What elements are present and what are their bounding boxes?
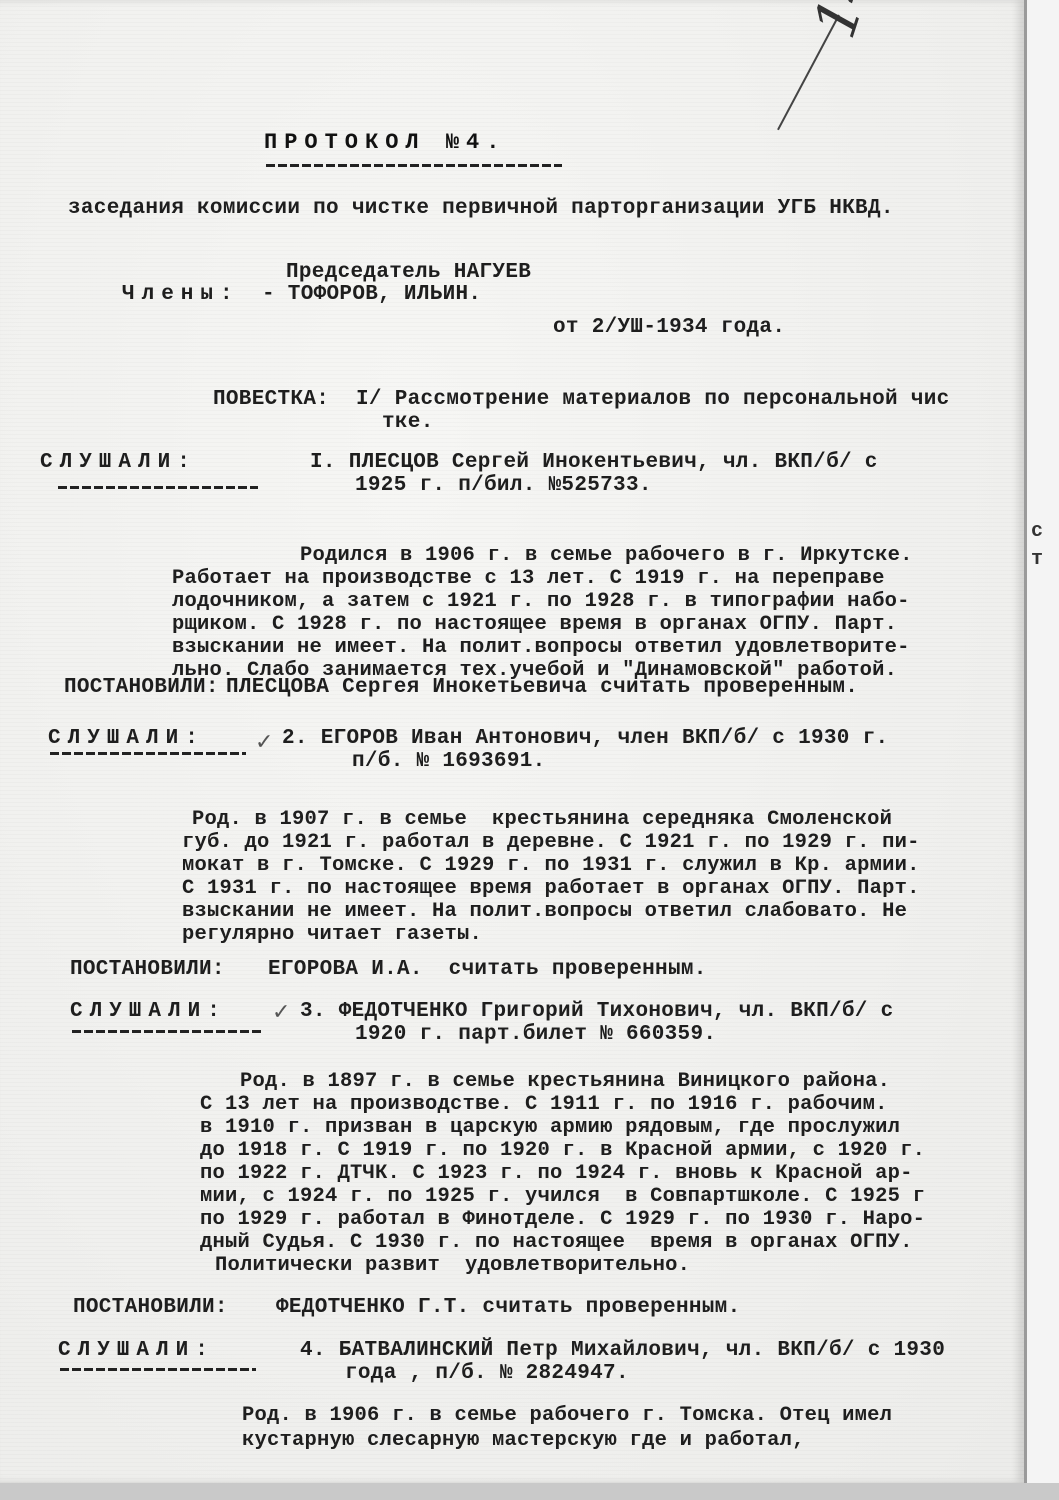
decided-label: ПОСТАНОВИЛИ:	[73, 1296, 228, 1320]
decision-text: ПЛЕСЦОВА Сергея Инокетьевича считать про…	[226, 676, 858, 700]
scan-bottom-edge	[0, 1483, 1059, 1500]
case-bio-line: лодочником, а затем с 1921 г. по 1928 г.…	[172, 590, 910, 614]
heard-label: СЛУШАЛИ:	[48, 727, 205, 751]
case-header-line2: 1925 г. п/бил. №525733.	[355, 474, 652, 498]
heard-underline	[72, 1030, 264, 1033]
case-bio-line: по 1922 г. ДТЧК. С 1923 г. по 1924 г. вн…	[200, 1162, 913, 1186]
heard-label: СЛУШАЛИ:	[58, 1339, 215, 1363]
heard-underline	[58, 486, 258, 489]
case-header-line1: I. ПЛЕСЦОВ Сергей Инокентьевич, чл. ВКП/…	[310, 451, 878, 475]
decided-label: ПОСТАНОВИЛИ:	[70, 958, 225, 982]
case-bio-line: мокат в г. Томске. С 1929 г. по 1931 г. …	[182, 854, 920, 878]
case-header-line1: 2. ЕГОРОВ Иван Антонович, член ВКП/б/ с …	[282, 727, 888, 751]
case-bio-line: по 1929 г. работал в Финотделе. С 1929 г…	[200, 1208, 925, 1232]
case-bio-line: Родился в 1906 г. в семье рабочего в г. …	[300, 544, 913, 568]
case-bio-line: С 13 лет на производстве. С 1911 г. по 1…	[200, 1093, 888, 1117]
case-bio-line: Род. в 1897 г. в семье крестьянина Виниц…	[240, 1070, 890, 1094]
heard-underline	[50, 752, 246, 755]
decided-label: ПОСТАНОВИЛИ:	[64, 676, 219, 700]
case-header-line2: п/б. № 1693691.	[352, 750, 546, 774]
case-bio-line: до 1918 г. С 1919 г. по 1920 г. в Красно…	[200, 1139, 925, 1163]
case-bio-line: рщиком. С 1928 г. по настоящее время в о…	[172, 613, 897, 637]
agenda-label: ПОВЕСТКА:	[213, 388, 329, 412]
title-underline	[266, 164, 562, 167]
chairman-line: Председатель НАГУЕВ	[286, 261, 531, 285]
edge-fragment: с	[1031, 520, 1043, 543]
agenda-item-line1: I/ Рассмотрение материалов по персональн…	[356, 388, 950, 412]
adjacent-page-edge: с т	[1027, 0, 1059, 1483]
case-bio-line: С 1931 г. по настоящее время работает в …	[182, 877, 920, 901]
handwritten-page-number: 142	[800, 0, 899, 46]
document-title: ПРОТОКОЛ №4.	[264, 131, 506, 155]
document-page: 142 ПРОТОКОЛ №4. заседания комиссии по ч…	[0, 0, 1027, 1483]
members-label: Члены:	[122, 283, 240, 307]
case-bio-line: губ. до 1921 г. работал в деревне. С 192…	[182, 831, 920, 855]
case-header-line1: 3. ФЕДОТЧЕНКО Григорий Тихонович, чл. ВК…	[300, 1000, 894, 1024]
agenda-item-line2: тке.	[382, 411, 434, 435]
heard-underline	[60, 1368, 256, 1371]
case-header-line2: 1920 г. парт.билет № 660359.	[355, 1023, 716, 1047]
meeting-date: от 2/УШ-1934 года.	[553, 316, 785, 340]
case-bio-line: Род. в 1907 г. в семье крестьянина серед…	[192, 808, 892, 832]
case-bio-line: Работает на производстве с 13 лет. С 191…	[172, 567, 885, 591]
members-list: - ТОФОРОВ, ИЛЬИН.	[262, 283, 481, 307]
case-bio-line: взыскании не имеет. На полит.вопросы отв…	[182, 900, 907, 924]
decision-text: ЕГОРОВА И.А. считать проверенным.	[268, 958, 707, 982]
checkmark-icon: ✓	[255, 730, 273, 755]
case-bio-line: в 1910 г. призван в царскую армию рядовы…	[200, 1116, 900, 1140]
case-bio-line: кустарную слесарную мастерскую где и раб…	[242, 1429, 805, 1453]
case-bio-line: взыскании не имеет. На полит.вопросы отв…	[172, 636, 910, 660]
edge-fragment: т	[1031, 548, 1043, 571]
case-bio-line: дный Судья. С 1930 г. по настоящее время…	[200, 1231, 913, 1255]
case-bio-line: Род. в 1906 г. в семье рабочего г. Томск…	[242, 1404, 892, 1428]
case-bio-line: Политически развит удовлетворительно.	[215, 1254, 690, 1278]
case-header-line2: года , п/б. № 2824947.	[345, 1362, 629, 1386]
heard-label: СЛУШАЛИ:	[40, 451, 197, 475]
document-subtitle: заседания комиссии по чистке первичной п…	[68, 197, 894, 221]
heard-label: СЛУШАЛИ:	[70, 1000, 227, 1024]
case-bio-line: мии, с 1924 г. по 1925 г. учился в Совпа…	[200, 1185, 925, 1209]
checkmark-icon: ✓	[272, 1000, 290, 1025]
case-bio-line: регулярно читает газеты.	[182, 923, 482, 947]
decision-text: ФЕДОТЧЕНКО Г.Т. считать проверенным.	[276, 1296, 740, 1320]
case-header-line1: 4. БАТВАЛИНСКИЙ Петр Михайлович, чл. ВКП…	[300, 1339, 945, 1363]
